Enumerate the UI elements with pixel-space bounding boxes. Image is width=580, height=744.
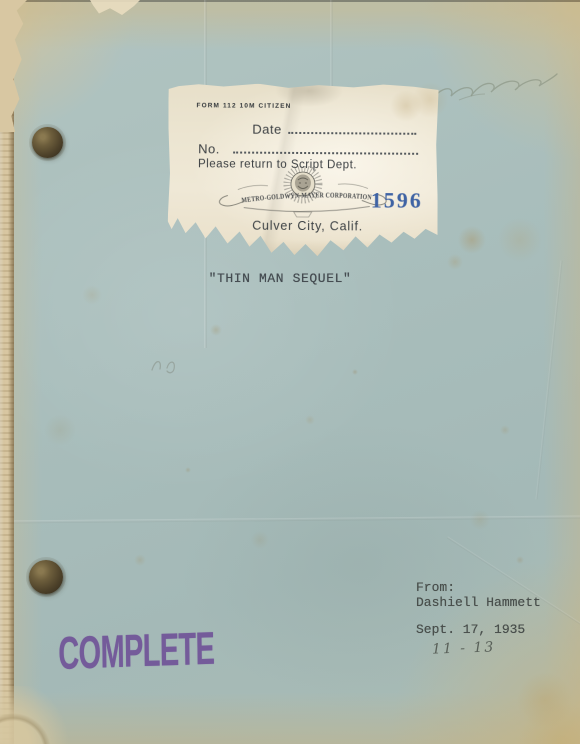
script-title: "THIN MAN SEQUEL" [0, 272, 570, 285]
city-line: Culver City, Calif. [168, 218, 438, 234]
dotted-leader [289, 131, 417, 135]
author-name: Dashiell Hammett [416, 596, 541, 611]
from-label: From: [416, 581, 541, 596]
brass-brad-bottom [29, 560, 63, 594]
crease-line [330, 0, 333, 86]
crease-line [535, 261, 562, 500]
curled-corner [0, 686, 82, 744]
pencil-mark [148, 352, 182, 378]
pencil-inscription [425, 58, 565, 108]
complete-stamp: COMPLETE [58, 625, 215, 676]
dotted-leader [233, 151, 418, 155]
torn-paper-flap [90, 0, 140, 15]
svg-text:METRO-GOLDWYN-MAYER CORPORATIO: METRO-GOLDWYN-MAYER CORPORATION [241, 191, 372, 206]
from-block: From: Dashiell Hammett Sept. 17, 1935 11… [416, 581, 541, 655]
crease-line [0, 515, 580, 523]
no-label: No. [198, 141, 220, 156]
handwritten-note: 11 - 13 [416, 638, 541, 656]
script-number-stamp: 1596 [371, 189, 423, 211]
script-dept-label: FORM 112 10M CITIZEN Date No. Please ret… [167, 83, 438, 261]
script-date: Sept. 17, 1935 [416, 623, 541, 638]
date-label: Date [252, 122, 282, 137]
date-row: Date [252, 122, 418, 138]
script-cover: FORM 112 10M CITIZEN Date No. Please ret… [0, 0, 580, 744]
brass-brad-top [32, 127, 63, 158]
number-row: No. [198, 141, 420, 158]
form-number: FORM 112 10M CITIZEN [196, 103, 291, 110]
company-arc-text: METRO-GOLDWYN-MAYER CORPORATION [241, 191, 372, 206]
